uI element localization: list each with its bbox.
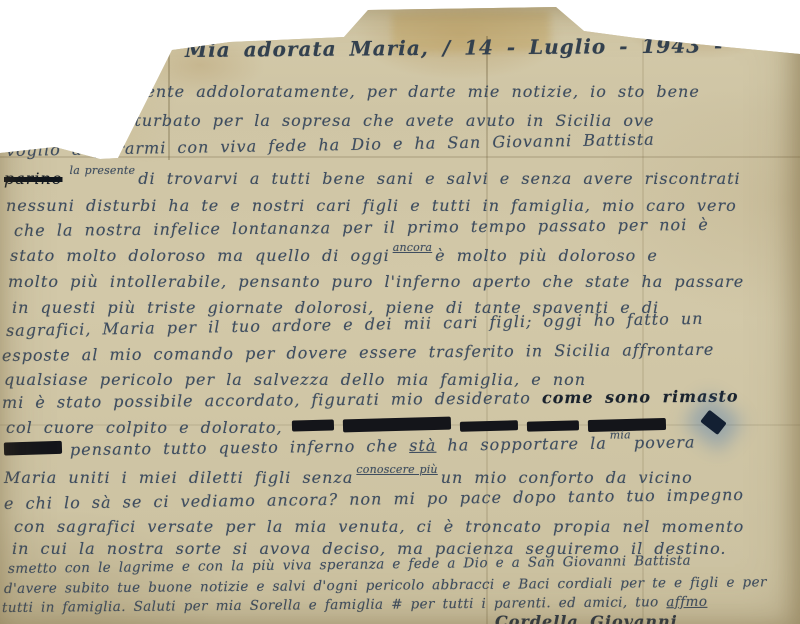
letter-line: esposte al mio comando per dovere essere…: [2, 342, 714, 364]
underlined-word: affmo: [666, 594, 707, 610]
censor-redaction-bar: [526, 420, 578, 431]
line-text: Maria uniti i miei diletti figli senza: [4, 468, 353, 487]
letter-line: e chi lo sà se ci vediamo ancora? non mi…: [4, 487, 744, 512]
signature: Cordella Giovanni: [495, 614, 678, 624]
letter-line: che la nostra infelice lontananza per il…: [14, 217, 709, 239]
tape-stain: [392, 11, 551, 54]
salutation: Mia adorata Maria,: [185, 36, 429, 62]
letter-line: voglio augurarmi con viva fede ha Dio e …: [6, 132, 655, 159]
censor-redaction-bar: [587, 418, 665, 432]
line-text: un mio conforto da vicino: [441, 468, 693, 487]
vertical-crease: [642, 40, 644, 624]
letter-line: con sagrafici versate per la mia venuta,…: [14, 519, 744, 535]
horizontal-crease: [0, 424, 800, 426]
line-text: stato molto doloroso ma quello di oggi: [10, 246, 390, 265]
line-text: pensanto tutto questo inferno che: [70, 436, 398, 459]
strikethrough-word: parino: [4, 169, 62, 188]
ink-blot: [700, 410, 727, 435]
line-text: mi è stato possibile accordato, figurati…: [2, 388, 531, 412]
horizontal-crease: [0, 156, 800, 158]
fold-highlight: [120, 46, 190, 156]
letter-line: qualsiase pericolo per la salvezza dello…: [4, 372, 586, 388]
censor-redaction-bar: [342, 417, 450, 433]
letter-line: in cui la nostra sorte si avova deciso, …: [12, 541, 727, 557]
letter-line: d'avere subito tue buone notizie e salvi…: [4, 576, 767, 596]
letter-line: ma molto disturbato per la sopresa che a…: [8, 113, 655, 129]
vertical-crease: [486, 36, 488, 624]
line-text: è molto più doloroso e: [435, 246, 658, 265]
emphasized-phrase: come sono rimasto: [542, 387, 739, 408]
inserted-word: conoscere più: [356, 464, 437, 475]
censor-redaction-bar: [4, 441, 62, 456]
letter-paper: Mia adorata Maria,/ 14 - Luglio - 1943 -…: [0, 0, 800, 624]
letter-date: / 14 - Luglio - 1943 -: [443, 33, 724, 59]
vertical-crease: [168, 48, 170, 160]
censor-redaction-bar: [291, 419, 333, 431]
inserted-word: ancora: [393, 242, 432, 253]
letter-line: mi è stato possibile accordato, figurati…: [2, 389, 739, 411]
line-text: ha sopportare la: [447, 434, 607, 455]
line-text: tutti in famiglia. Saluti per mia Sorell…: [2, 594, 659, 616]
censor-redaction-bar: [459, 420, 517, 432]
line-text: di trovarvi a tutti bene sani e salvi e …: [138, 169, 740, 188]
letter-line: in questi più triste giornate dolorosi, …: [12, 300, 659, 316]
letter-line: col cuore colpito e dolorato,: [6, 418, 722, 436]
inserted-word: la presente: [69, 165, 135, 176]
letter-line: molto più intollerabile, pensanto puro l…: [8, 274, 744, 290]
underlined-word: stà: [409, 436, 436, 455]
letter-line: sagrafici, Maria per il tuo ardore e dei…: [6, 311, 704, 339]
letter-line: t'invio la presente addoloratamente, per…: [10, 84, 700, 100]
letter-line: tutti in famiglia. Saluti per mia Sorell…: [2, 596, 707, 616]
letter-line: smetto con le lagrime e con la più viva …: [8, 555, 691, 577]
letter-line: Maria uniti i miei diletti figli senzaco…: [4, 470, 693, 486]
scanned-letter-photo: Mia adorata Maria,/ 14 - Luglio - 1943 -…: [0, 0, 800, 624]
letter-heading: Mia adorata Maria,/ 14 - Luglio - 1943 -: [185, 35, 724, 60]
line-text: povera: [634, 433, 696, 453]
letter-line: nessuni disturbi ha te e nostri cari fig…: [6, 198, 737, 214]
line-text: col cuore colpito e dolorato,: [6, 418, 283, 437]
letter-line: pensanto tutto questo inferno che stà ha…: [4, 435, 696, 459]
inserted-word: mia: [610, 429, 631, 440]
letter-line: stato molto doloroso ma quello di oggian…: [10, 248, 658, 264]
letter-line: parinola presentedi trovarvi a tutti ben…: [4, 171, 741, 187]
